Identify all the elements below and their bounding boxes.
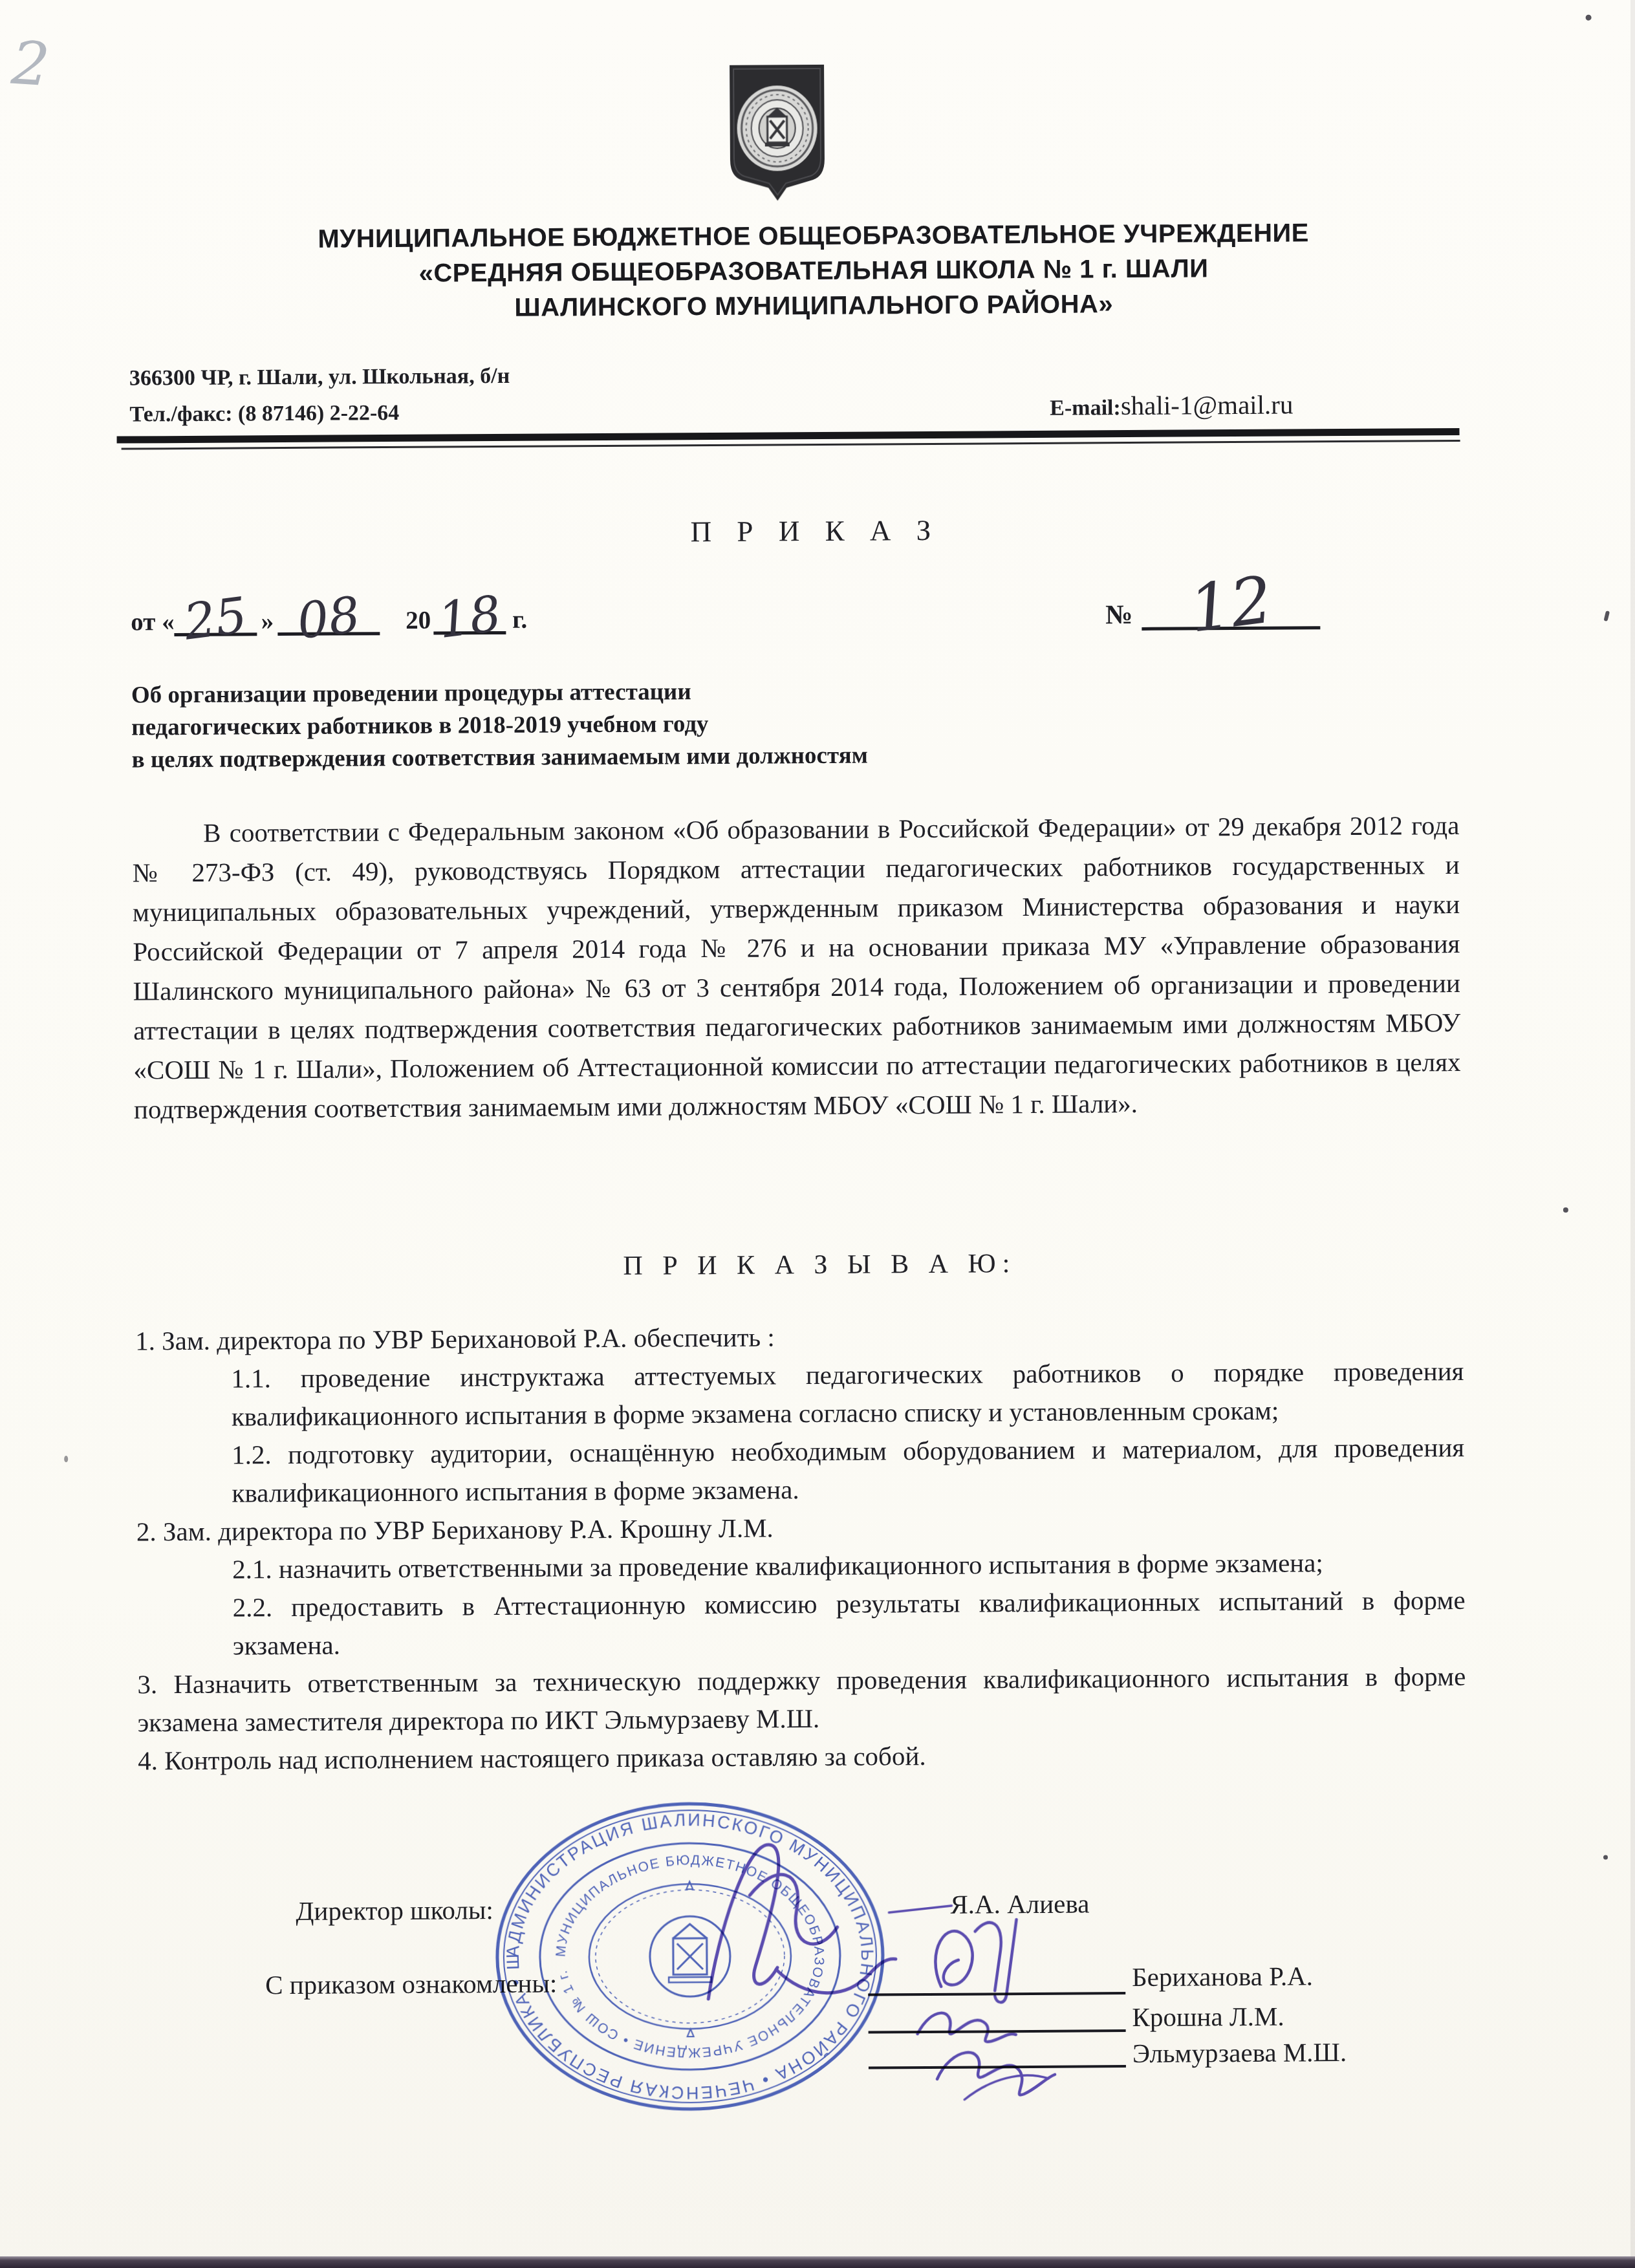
- order-item: 1.2. подготовку аудитории, оснащённую не…: [136, 1429, 1465, 1513]
- acknowledged-name: Эльмурзаева М.Ш.: [1132, 2036, 1347, 2069]
- date-suffix: г.: [512, 605, 527, 634]
- order-items: 1. Зам. директора по УВР Берихановой Р.А…: [135, 1314, 1466, 1780]
- scan-speck: [1563, 1207, 1568, 1213]
- email-value: shali-1@mail.ru: [1121, 389, 1294, 420]
- acknowledgement-signatures: [898, 1905, 1145, 2108]
- decree-word: П Р И К А З Ы В А Ю:: [2, 1244, 1635, 1285]
- org-phone: Тел./факс: (8 87146) 2-22-64: [129, 401, 399, 427]
- number-handwritten: 12: [1186, 567, 1276, 642]
- director-label: Директор школы:: [296, 1894, 493, 1927]
- scan-content: 2 МУНИЦИПАЛЬНОЕ БЮДЖЕТНОЕ ОБЩЕОБРАЗОВАТЕ…: [0, 0, 1635, 2268]
- order-date-row: от « 25 » 08 20 18 г.: [131, 575, 528, 637]
- order-subject: Об организации проведении процедуры атте…: [131, 671, 1490, 777]
- acknowledged-name: Бериханова Р.А.: [1132, 1960, 1313, 1993]
- scan-speck: [64, 1456, 68, 1462]
- scan-speck: [1586, 15, 1592, 21]
- org-address: 366300 ЧР, г. Шали, ул. Школьная, б/н: [129, 364, 510, 391]
- date-year-blank: 18: [433, 592, 506, 635]
- date-month-handwritten: 08: [294, 590, 363, 647]
- date-year-printed: 20: [406, 606, 431, 635]
- date-day-handwritten: 25: [182, 590, 250, 647]
- date-month-blank: 08: [277, 593, 380, 636]
- order-item: 2.2. предоставить в Аттестационную комис…: [136, 1581, 1466, 1666]
- number-blank: 12: [1142, 587, 1320, 631]
- order-item: 4. Контроль над исполнением настоящего п…: [138, 1734, 1466, 1780]
- scan-bottom-edge: [0, 2256, 1635, 2268]
- order-item: 1.1. проведение инструктажа аттестуемых …: [135, 1352, 1464, 1437]
- organization-name: МУНИЦИПАЛЬНОЕ БЮДЖЕТНОЕ ОБЩЕОБРАЗОВАТЕЛЬ…: [74, 214, 1554, 328]
- acknowledged-name: Крошна Л.М.: [1132, 2001, 1284, 2033]
- scan-speck: [1603, 610, 1610, 621]
- scanned-order-page: 2 МУНИЦИПАЛЬНОЕ БЮДЖЕТНОЕ ОБЩЕОБРАЗОВАТЕ…: [0, 0, 1635, 2268]
- org-email: E-mail:shali-1@mail.ru: [1050, 389, 1293, 421]
- pencil-page-number: 2: [10, 28, 52, 100]
- date-day-blank: 25: [174, 594, 257, 636]
- order-item: 3. Назначить ответственным за техническу…: [137, 1658, 1466, 1742]
- coat-of-arms-icon: [724, 62, 830, 204]
- order-title: П Р И К А З: [0, 509, 1633, 552]
- date-quote-close: »: [261, 607, 274, 636]
- order-number-row: № 12: [1105, 561, 1321, 631]
- email-label: E-mail:: [1050, 396, 1121, 420]
- number-label: №: [1105, 599, 1133, 631]
- order-preamble: В соответствии с Федеральным законом «Об…: [132, 806, 1461, 1130]
- date-year-handwritten: 18: [435, 589, 504, 645]
- date-prefix: от «: [131, 607, 175, 636]
- scan-speck: [1603, 1855, 1608, 1860]
- scan-right-edge: [1630, 0, 1635, 2268]
